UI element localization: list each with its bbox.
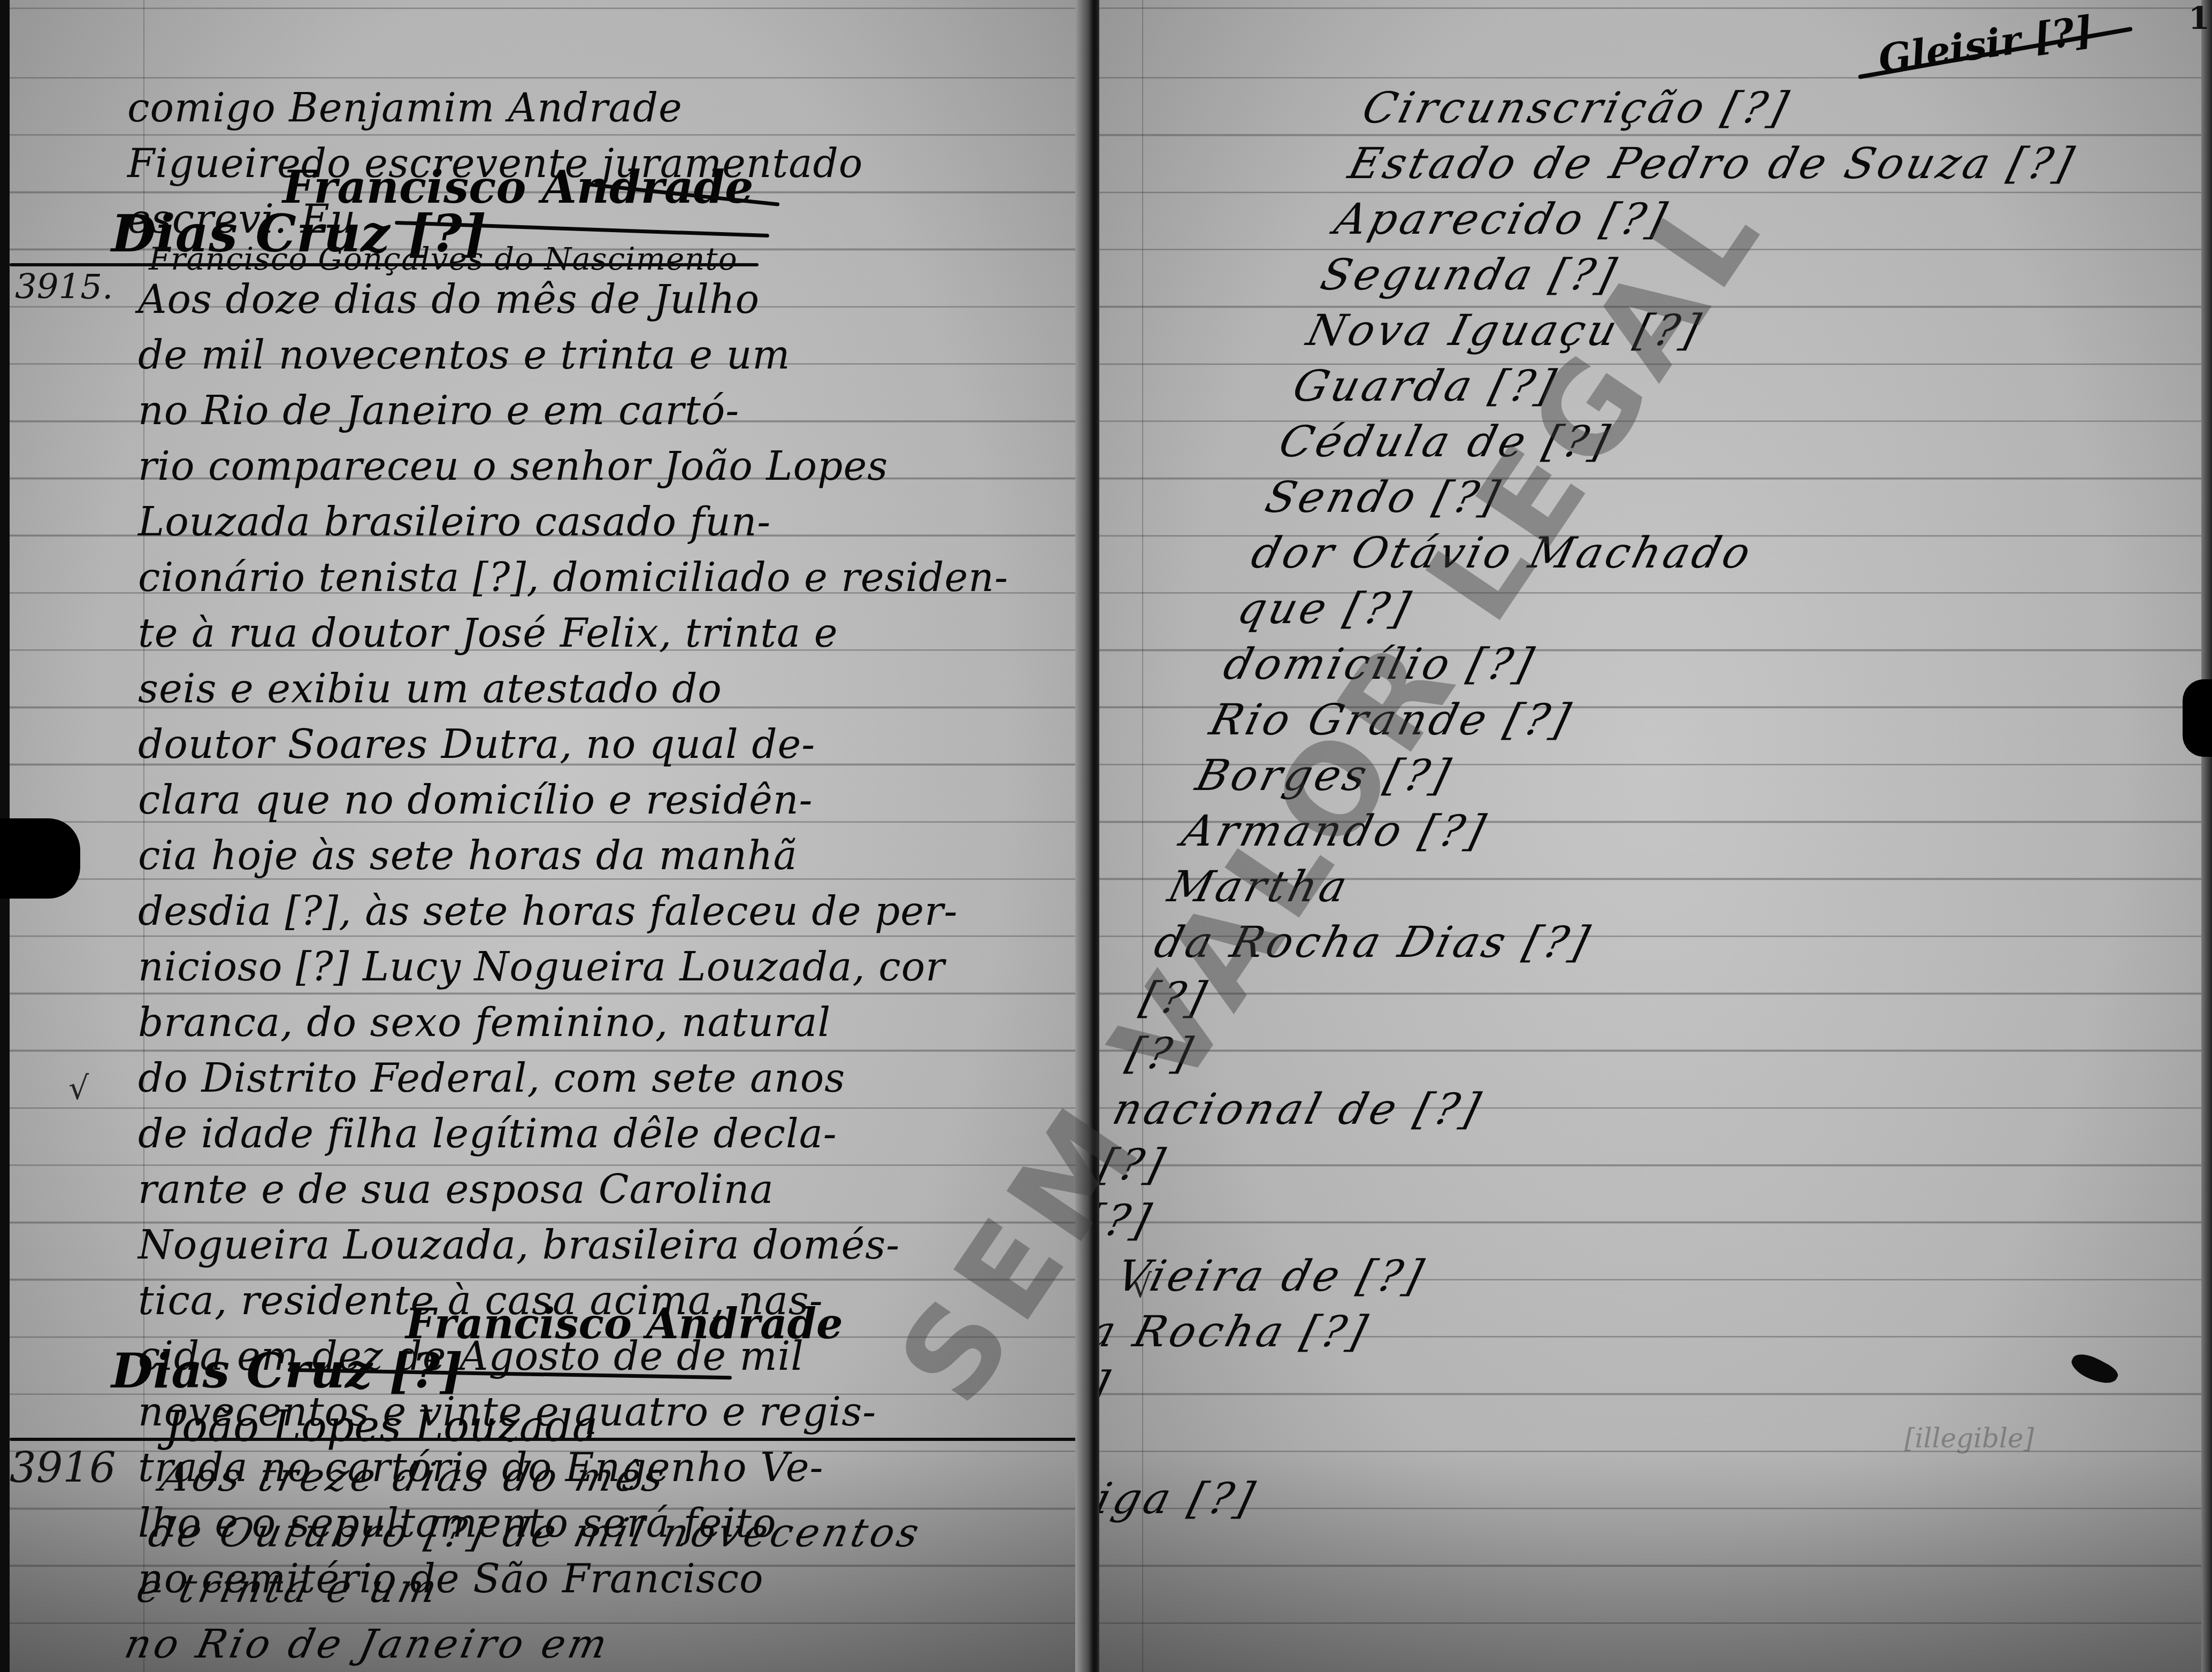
entry-separator — [10, 1438, 1080, 1441]
entry-3916-text: Aos treze dias do mês de Outubro [?] de … — [120, 1449, 939, 1672]
text-line: [?] — [1099, 1360, 1777, 1415]
text-line: de idade filha legítima dêle decla- — [138, 1106, 1008, 1162]
page-tab-notch — [0, 818, 80, 899]
entry-number: 3916 — [10, 1444, 116, 1492]
entry-number: 3915. — [15, 267, 113, 307]
signature-declarant: João Lopes Louzada — [165, 1401, 598, 1451]
text-line: a Vieira de [?] — [1099, 1248, 1804, 1304]
text-line: cia hoje às sete horas da manhã — [138, 828, 1008, 884]
text-line: antiga [?] — [1099, 1471, 1749, 1527]
text-line: no Rio de Janeiro em — [120, 1616, 904, 1672]
text-line: Estado de Pedro de Souza [?] — [1343, 136, 2082, 191]
page-tab-notch — [2183, 679, 2212, 757]
text-line: cionário tenista [?], domiciliado e resi… — [138, 550, 1008, 605]
text-line: que [?] — [1232, 581, 1971, 636]
text-line: de Outubro [?] de mil novecentos — [143, 1505, 927, 1561]
text-line: da Rocha [?] — [1099, 1304, 1790, 1360]
register-spread: comigo Benjamim Andrade Figueiredo escre… — [0, 0, 2212, 1672]
text-line: do Distrito Federal, com sete anos — [138, 1050, 1008, 1106]
folio-number: 1 — [2188, 0, 2210, 36]
entry-separator — [10, 263, 759, 266]
signature-clerk: Francisco Andrade — [405, 1300, 843, 1348]
text-line: [?] — [1099, 1137, 1832, 1193]
text-line: Louzada brasileiro casado fun- — [138, 494, 1008, 550]
text-line: de mil novecentos e trinta e um — [138, 327, 1008, 383]
text-line: Nogueira Louzada, brasileira domés- — [138, 1217, 1008, 1273]
text-line: desdia [?], às sete horas faleceu de per… — [138, 884, 1008, 939]
left-page: comigo Benjamim Andrade Figueiredo escre… — [10, 0, 1090, 1672]
faint-margin-note: [illegible] — [1904, 1423, 2034, 1454]
text-line: branca, do sexo feminino, natural — [138, 995, 1008, 1050]
text-line: doutor Soares Dutra, no qual de- — [138, 717, 1008, 772]
text-line: dor Otávio Machado — [1246, 525, 1985, 581]
text-line: Aos doze dias do mês de Julho — [138, 272, 1008, 327]
text-line: nicioso [?] Lucy Nogueira Louzada, cor — [138, 939, 1008, 995]
check-mark: √ — [1131, 1268, 1152, 1305]
text-line: Circunscrição [?] — [1357, 80, 2096, 136]
text-line: e trinta e um — [132, 1561, 915, 1616]
text-line: no Rio de Janeiro e em cartó- — [138, 383, 1008, 439]
text-line: [?] — [1099, 1415, 1763, 1471]
text-line: [?] — [1099, 1193, 1818, 1248]
text-line: comigo Benjamim Andrade — [127, 80, 863, 136]
text-line: rante e de sua esposa Carolina — [138, 1162, 1008, 1217]
text-line: rio compareceu o senhor João Lopes — [138, 439, 1008, 494]
text-line: seis e exibiu um atestado do — [138, 661, 1008, 717]
text-line: te à rua doutor José Felix, trinta e — [138, 605, 1008, 661]
check-mark: √ — [68, 1070, 89, 1107]
scan-edge-right — [2201, 0, 2212, 1672]
text-line: clara que no domicílio e residên- — [138, 772, 1008, 828]
text-line: Aos treze dias do mês — [155, 1449, 939, 1505]
